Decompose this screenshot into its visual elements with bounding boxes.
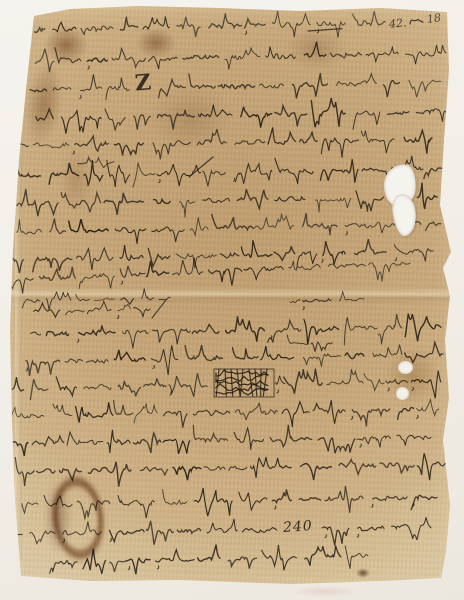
handwriting-line <box>241 107 272 128</box>
handwriting-line <box>409 80 441 97</box>
handwriting-line <box>417 453 445 480</box>
handwriting-line <box>345 546 368 569</box>
strikethrough-box <box>214 369 274 397</box>
handwriting-line <box>353 111 380 129</box>
handwriting-line <box>76 248 113 270</box>
handwriting-line <box>225 48 260 69</box>
strikethrough-scribble <box>216 389 268 395</box>
handwriting-line <box>229 466 247 470</box>
handwriting-line <box>209 13 242 28</box>
handwriting-line <box>317 22 345 38</box>
handwriting-line <box>194 488 232 516</box>
handwriting-line <box>159 80 186 98</box>
handwriting-line <box>373 345 402 357</box>
handwriting-line <box>32 436 64 446</box>
handwriting-line <box>304 42 325 57</box>
handwriting-line <box>134 404 157 423</box>
handwriting-line <box>261 346 294 360</box>
handwriting-line <box>386 380 407 384</box>
handwriting-line <box>199 105 233 117</box>
handwriting-line <box>76 402 113 422</box>
handwriting-line <box>410 20 423 25</box>
handwriting-line <box>208 268 242 285</box>
handwriting-line <box>35 28 45 33</box>
handwriting-line <box>87 58 107 62</box>
handwriting-line <box>259 84 283 88</box>
handwriting-line <box>148 248 170 266</box>
handwriting-line <box>417 400 439 416</box>
handwriting-line <box>193 425 227 442</box>
ink-stain <box>136 28 176 58</box>
handwriting-line <box>203 171 225 186</box>
handwriting-line <box>357 436 390 447</box>
handwriting-line <box>33 4 52 14</box>
handwriting-line <box>147 261 169 277</box>
handwriting-line <box>106 78 129 100</box>
handwriting-line <box>392 517 432 540</box>
handwriting-line <box>30 89 46 92</box>
handwriting-line <box>69 219 108 232</box>
handwriting-line <box>152 329 190 344</box>
handwriting-mark <box>26 368 27 371</box>
handwriting-mark <box>271 336 272 339</box>
handwriting-line <box>358 526 384 530</box>
handwriting-line <box>254 214 294 230</box>
paper-flaw-dot <box>396 387 409 400</box>
handwriting-mark <box>274 506 275 509</box>
handwriting-line <box>344 317 377 345</box>
heading-underline <box>308 29 342 31</box>
handwriting-line <box>380 463 414 473</box>
handwriting-line <box>328 264 365 268</box>
handwriting-line <box>163 439 190 453</box>
handwriting-line <box>190 217 208 235</box>
handwriting-line <box>273 11 311 37</box>
ink-stain <box>20 60 67 148</box>
handwriting-mark <box>128 566 129 569</box>
handwriting-line <box>143 16 169 29</box>
handwriting-line <box>149 56 178 69</box>
handwriting-line <box>114 350 145 362</box>
handwriting-line <box>220 253 239 258</box>
handwriting-line <box>176 254 216 268</box>
handwriting-line <box>86 360 108 363</box>
handwriting-line <box>81 74 102 91</box>
handwriting-line <box>31 332 41 335</box>
strikethrough-scribble <box>216 370 268 376</box>
handwriting-line <box>388 112 409 115</box>
handwriting-line <box>268 320 301 342</box>
handwriting-line <box>398 407 414 419</box>
handwriting-line <box>237 189 268 209</box>
handwriting-line <box>75 136 108 151</box>
handwriting-line <box>67 432 103 445</box>
handwriting-line <box>95 158 114 168</box>
handwriting-line <box>366 47 398 62</box>
handwriting-line <box>236 164 272 184</box>
handwriting-line <box>301 464 332 480</box>
heading-day-numeral: 18 <box>426 11 442 26</box>
handwriting-line <box>151 345 178 375</box>
handwriting-line <box>300 132 318 143</box>
handwriting-line <box>26 360 60 376</box>
handwriting-mark <box>360 444 361 447</box>
handwriting-line <box>22 502 38 512</box>
handwriting-line <box>105 109 125 131</box>
strikethrough-scribble <box>216 369 219 396</box>
handwriting-line <box>63 522 102 536</box>
handwriting-line <box>192 324 219 333</box>
handwriting-line <box>189 74 215 89</box>
handwriting-line <box>228 557 256 569</box>
handwriting-line <box>197 129 226 145</box>
handwriting-line <box>50 219 66 234</box>
handwriting-line <box>177 528 200 533</box>
strikethrough-scribble <box>225 369 226 396</box>
paper-tear-hole <box>382 162 418 207</box>
handwriting-line <box>262 545 297 570</box>
handwriting-line <box>164 411 188 427</box>
ink-stain <box>148 86 232 150</box>
handwriting-line <box>83 549 106 574</box>
handwriting-mark <box>412 388 413 391</box>
handwriting-line <box>144 378 166 387</box>
handwriting-line <box>107 430 130 453</box>
handwriting-line <box>46 331 68 335</box>
handwriting-line <box>400 215 421 226</box>
handwriting-mark <box>277 390 278 393</box>
handwriting-line <box>406 45 446 64</box>
strikethrough-scribble <box>249 369 253 396</box>
handwriting-line <box>356 191 384 212</box>
handwriting-line <box>110 561 126 572</box>
handwriting-line <box>198 545 220 562</box>
strikethrough-scribble <box>216 384 268 391</box>
handwriting-line <box>77 501 109 519</box>
handwriting-line <box>13 91 20 104</box>
handwriting-line <box>404 156 423 172</box>
handwriting-line <box>147 521 174 545</box>
handwriting-line <box>118 496 154 519</box>
strikethrough-scribble <box>216 381 268 386</box>
handwriting-mark <box>157 566 158 569</box>
handwriting-mark <box>395 258 396 261</box>
handwriting-line <box>60 469 82 480</box>
handwriting-line <box>88 462 130 487</box>
handwriting-line <box>391 184 409 213</box>
handwriting-line <box>49 163 79 184</box>
handwriting-line <box>40 267 76 281</box>
ink-stain <box>44 26 88 64</box>
handwriting-line <box>53 22 76 31</box>
handwriting-line <box>107 160 130 187</box>
handwriting-line <box>183 55 219 59</box>
handwriting-line <box>218 85 254 89</box>
handwriting-mark <box>325 535 326 538</box>
handwriting-line <box>276 376 285 385</box>
handwriting-line <box>234 428 263 450</box>
handwriting-mark <box>417 415 418 418</box>
handwriting-line <box>35 49 54 72</box>
handwriting-line <box>394 245 433 262</box>
handwriting-line <box>417 183 437 209</box>
handwriting-line <box>50 561 77 574</box>
handwriting-mark <box>170 392 171 395</box>
handwriting-line <box>36 109 54 121</box>
ring-stain <box>41 463 116 573</box>
handwriting-line <box>321 138 358 158</box>
handwriting-line <box>303 354 340 367</box>
handwriting-line <box>114 400 133 415</box>
handwriting-line <box>405 314 441 342</box>
handwriting-line <box>369 262 410 281</box>
handwriting-line <box>245 19 265 28</box>
handwriting-line <box>84 385 111 390</box>
handwriting-line <box>17 189 58 216</box>
handwriting-line <box>34 303 60 317</box>
handwriting-line <box>416 109 446 122</box>
handwriting-line <box>30 531 56 544</box>
handwriting-line <box>62 111 102 134</box>
handwriting-line <box>79 274 114 289</box>
handwriting-line <box>233 348 259 359</box>
handwriting-line <box>156 550 194 562</box>
handwriting-line <box>426 222 441 231</box>
handwriting-line <box>327 369 363 384</box>
handwriting-line <box>235 403 277 420</box>
handwriting-line <box>305 546 341 566</box>
handwriting-mark <box>303 307 304 310</box>
handwriting-mark <box>12 152 13 155</box>
handwriting-line <box>226 316 265 341</box>
handwriting-line <box>185 345 222 360</box>
handwriting-line <box>33 143 69 148</box>
handwriting-mark <box>234 178 235 181</box>
handwriting-line <box>65 359 82 363</box>
handwriting-line <box>123 330 149 348</box>
strikethrough-scribble <box>237 369 240 396</box>
handwriting-line <box>297 252 317 268</box>
handwriting-line <box>172 257 203 275</box>
strikethrough-scribble <box>240 369 243 396</box>
handwriting-line <box>55 48 81 63</box>
number-240: 240 <box>282 518 313 536</box>
handwriting-line <box>345 353 364 359</box>
handwriting-line <box>424 168 443 179</box>
handwriting-line <box>163 489 187 504</box>
handwriting-line <box>337 74 377 86</box>
handwriting-line <box>372 222 395 233</box>
handwriting-line <box>318 438 355 454</box>
handwriting-line <box>362 131 395 154</box>
handwriting-line <box>81 26 113 34</box>
handwriting-line <box>37 469 56 473</box>
scanner-background-smudge <box>290 586 360 597</box>
handwriting-line <box>203 198 230 202</box>
handwriting-line <box>115 228 146 244</box>
strikethrough-scribble <box>216 374 268 381</box>
handwriting-line <box>118 305 131 311</box>
handwriting-mark <box>372 504 373 507</box>
handwriting-line <box>316 198 351 212</box>
handwriting-line <box>114 143 143 156</box>
handwriting-line <box>275 197 305 201</box>
handwriting-mark <box>322 259 323 262</box>
handwriting-line <box>112 48 145 67</box>
handwriting-line <box>412 371 441 399</box>
handwriting-line <box>405 342 443 362</box>
stray-stroke <box>189 157 213 177</box>
handwriting-line <box>169 373 207 397</box>
dark-spot-stain <box>356 568 370 578</box>
handwriting-line <box>311 342 332 352</box>
handwriting-line <box>61 193 100 213</box>
handwriting-line <box>322 527 349 546</box>
handwriting-line <box>287 335 308 345</box>
handwriting-line <box>152 227 184 242</box>
handwriting-line <box>352 409 389 427</box>
strikethrough-scribble <box>255 369 257 396</box>
handwriting-mark <box>77 339 78 342</box>
handwriting-line <box>352 11 385 25</box>
handwriting-mark <box>73 151 74 154</box>
handwriting-line <box>293 73 328 98</box>
handwriting-mark <box>110 538 111 541</box>
handwriting-line <box>244 267 284 280</box>
handwriting-mark <box>388 388 389 391</box>
handwriting-mark <box>153 366 154 369</box>
handwriting-line <box>275 158 313 184</box>
handwriting-line <box>120 245 143 260</box>
handwriting-line <box>193 410 229 415</box>
handwriting-line <box>134 433 161 453</box>
strikethrough-scribble <box>263 369 267 396</box>
handwriting-line <box>364 374 384 391</box>
handwriting-line <box>251 457 292 478</box>
handwriting-line <box>404 130 432 153</box>
handwriting-line <box>118 381 141 397</box>
horizontal-fold-crease <box>8 288 456 304</box>
handwriting-line <box>362 168 399 184</box>
handwriting-line <box>274 246 295 260</box>
handwriting-line <box>78 157 94 163</box>
paper-flaw-dot <box>398 361 413 374</box>
handwriting-line <box>272 489 291 502</box>
handwriting-mark <box>346 232 347 235</box>
ink-stain <box>60 148 92 212</box>
handwriting-line <box>30 379 48 399</box>
handwriting-line <box>384 81 400 97</box>
handwriting-mark <box>63 539 64 542</box>
handwriting-line <box>302 213 337 235</box>
handwriting-line <box>207 519 237 533</box>
handwriting-mark <box>159 180 160 183</box>
handwriting-line <box>379 314 402 344</box>
handwriting-line <box>79 326 116 336</box>
handwriting-line <box>133 163 155 188</box>
handwriting-line <box>235 140 265 145</box>
handwriting-line <box>304 319 339 344</box>
handwriting-line <box>282 402 309 427</box>
handwriting-line <box>127 558 150 574</box>
handwriting-line <box>109 530 144 542</box>
handwriting-line <box>289 261 321 270</box>
handwriting-line <box>411 495 437 510</box>
handwriting-line <box>204 466 225 470</box>
handwriting-line <box>345 224 371 228</box>
handwriting-mark <box>317 30 318 33</box>
handwriting-line <box>84 160 103 185</box>
handwriting-line <box>120 266 145 277</box>
handwriting-mark <box>357 534 358 537</box>
handwriting-mark <box>80 96 81 99</box>
heading-year-numeral: 42. <box>388 16 407 30</box>
handwriting-line <box>173 467 201 481</box>
yellow-smudge-stain <box>386 346 440 406</box>
handwriting-line <box>325 486 363 513</box>
paper-tear-hole <box>390 193 419 238</box>
handwriting-mark <box>88 66 89 69</box>
handwriting-line <box>44 495 72 506</box>
handwriting-line <box>373 496 407 500</box>
latin-letter-z: Z <box>134 69 152 96</box>
handwriting-line <box>140 467 168 475</box>
handwriting-mark <box>117 316 118 319</box>
handwriting-line <box>241 240 272 257</box>
handwriting-line <box>104 193 143 215</box>
handwriting-mark <box>121 281 122 284</box>
handwriting-line <box>53 88 71 91</box>
handwriting-line <box>177 17 200 37</box>
strikethrough-scribble <box>231 369 233 396</box>
handwriting-line <box>355 239 387 254</box>
handwriting-line <box>134 115 151 130</box>
handwriting-line <box>331 53 362 58</box>
handwriting-mark <box>413 503 414 506</box>
handwriting-line <box>323 241 345 264</box>
handwriting-line <box>120 17 137 30</box>
left-edge-crease <box>15 60 22 560</box>
handwriting-line <box>284 369 322 394</box>
handwriting-line <box>134 308 151 318</box>
handwriting-line <box>239 492 267 510</box>
handwriting-line <box>339 460 376 475</box>
handwriting-line <box>270 425 311 447</box>
handwriting-line <box>268 127 296 144</box>
handwriting-line <box>299 498 320 501</box>
handwriting-line <box>56 377 76 396</box>
ring-stain-shadow <box>44 482 72 554</box>
handwriting-mark <box>351 416 352 419</box>
handwriting-line <box>311 98 345 127</box>
handwriting-line <box>153 141 190 160</box>
handwriting-line <box>53 404 72 415</box>
letter-scan-image: 18 42. Z 240 <box>0 0 464 600</box>
handwriting-line <box>242 528 277 533</box>
handwriting-line <box>66 310 85 314</box>
handwriting-line <box>33 258 72 272</box>
ink-stain <box>286 28 346 70</box>
handwriting-line <box>212 215 253 230</box>
handwriting-line <box>157 110 194 130</box>
letter-paper: 18 42. Z 240 <box>0 0 464 600</box>
handwriting-line <box>266 47 296 59</box>
handwriting-line <box>397 435 431 446</box>
handwriting-mark <box>245 31 246 34</box>
handwriting-line <box>179 200 195 217</box>
handwriting-line <box>320 159 358 182</box>
handwriting-line <box>275 106 307 126</box>
